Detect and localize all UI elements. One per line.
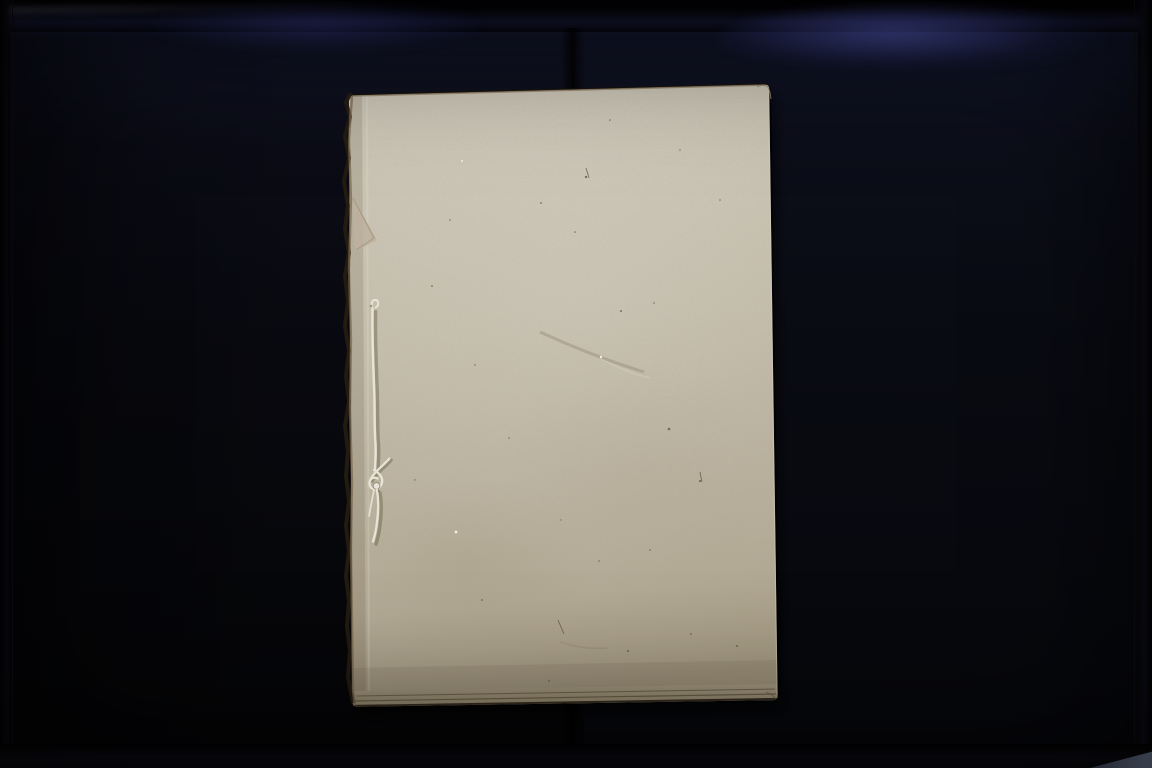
photo-scene xyxy=(0,0,1152,768)
booklet-surface-detail xyxy=(344,80,784,712)
thread-hole xyxy=(370,305,373,308)
paper-grain xyxy=(344,80,784,712)
thread-knot xyxy=(373,483,380,490)
booklet xyxy=(0,0,1152,768)
